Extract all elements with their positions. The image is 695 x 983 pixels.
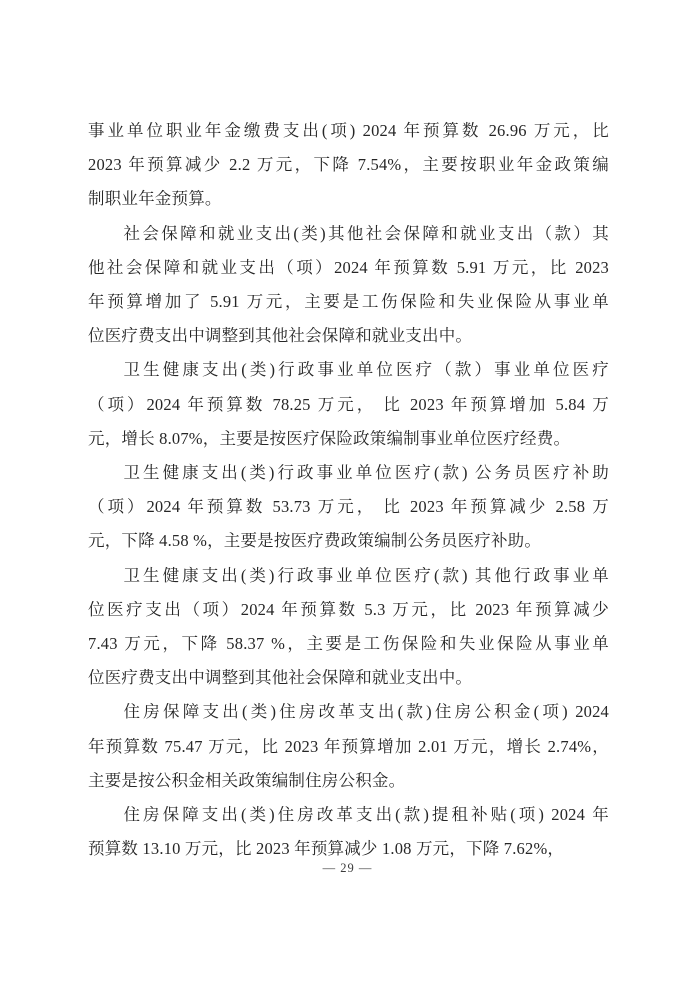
text-line: 卫生健康支出(类)行政事业单位医疗（款）事业单位医疗 <box>88 353 609 387</box>
text-line: 位医疗费支出中调整到其他社会保障和就业支出中。 <box>88 319 609 353</box>
paragraph: 事业单位职业年金缴费支出(项) 2024 年预算数 26.96 万元，比 202… <box>88 114 609 217</box>
text-line: 主要是按公积金相关政策编制住房公积金。 <box>88 764 609 798</box>
text-line: 制职业年金预算。 <box>88 182 609 216</box>
paragraph: 住房保障支出(类)住房改革支出(款)提租补贴(项) 2024 年 预算数 13.… <box>88 798 609 866</box>
text-line: 事业单位职业年金缴费支出(项) 2024 年预算数 26.96 万元，比 <box>88 114 609 148</box>
text-line: 位医疗费支出中调整到其他社会保障和就业支出中。 <box>88 661 609 695</box>
paragraph: 卫生健康支出(类)行政事业单位医疗(款) 公务员医疗补助 （项）2024 年预算… <box>88 456 609 559</box>
paragraph: 社会保障和就业支出(类)其他社会保障和就业支出（款）其 他社会保障和就业支出（项… <box>88 217 609 354</box>
paragraph: 卫生健康支出(类)行政事业单位医疗（款）事业单位医疗 （项）2024 年预算数 … <box>88 353 609 456</box>
text-line: 住房保障支出(类)住房改革支出(款)提租补贴(项) 2024 年 <box>88 798 609 832</box>
text-line: 年预算增加了 5.91 万元，主要是工伤保险和失业保险从事业单 <box>88 285 609 319</box>
text-line: 他社会保障和就业支出（项）2024 年预算数 5.91 万元，比 2023 <box>88 251 609 285</box>
paragraph: 住房保障支出(类)住房改革支出(款)住房公积金(项) 2024 年预算数 75.… <box>88 695 609 798</box>
text-line: （项）2024 年预算数 78.25 万元， 比 2023 年预算增加 5.84… <box>88 388 609 422</box>
text-line: 卫生健康支出(类)行政事业单位医疗(款) 公务员医疗补助 <box>88 456 609 490</box>
document-body: 事业单位职业年金缴费支出(项) 2024 年预算数 26.96 万元，比 202… <box>88 114 609 866</box>
text-line: 年预算数 75.47 万元，比 2023 年预算增加 2.01 万元，增长 2.… <box>88 730 609 764</box>
text-line: 元，下降 4.58 %，主要是按医疗费政策编制公务员医疗补助。 <box>88 524 609 558</box>
text-line: 7.43 万元，下降 58.37 %，主要是工伤保险和失业保险从事业单 <box>88 627 609 661</box>
text-line: 位医疗支出（项）2024 年预算数 5.3 万元，比 2023 年预算减少 <box>88 593 609 627</box>
text-line: 社会保障和就业支出(类)其他社会保障和就业支出（款）其 <box>88 217 609 251</box>
page-number: — 29 — <box>0 859 695 877</box>
text-line: 住房保障支出(类)住房改革支出(款)住房公积金(项) 2024 <box>88 695 609 729</box>
text-line: 元，增长 8.07%，主要是按医疗保险政策编制事业单位医疗经费。 <box>88 422 609 456</box>
text-line: （项）2024 年预算数 53.73 万元， 比 2023 年预算减少 2.58… <box>88 490 609 524</box>
document-page: 事业单位职业年金缴费支出(项) 2024 年预算数 26.96 万元，比 202… <box>0 0 695 983</box>
text-line: 卫生健康支出(类)行政事业单位医疗(款) 其他行政事业单 <box>88 559 609 593</box>
paragraph: 卫生健康支出(类)行政事业单位医疗(款) 其他行政事业单 位医疗支出（项）202… <box>88 559 609 696</box>
text-line: 2023 年预算减少 2.2 万元，下降 7.54%，主要按职业年金政策编 <box>88 148 609 182</box>
